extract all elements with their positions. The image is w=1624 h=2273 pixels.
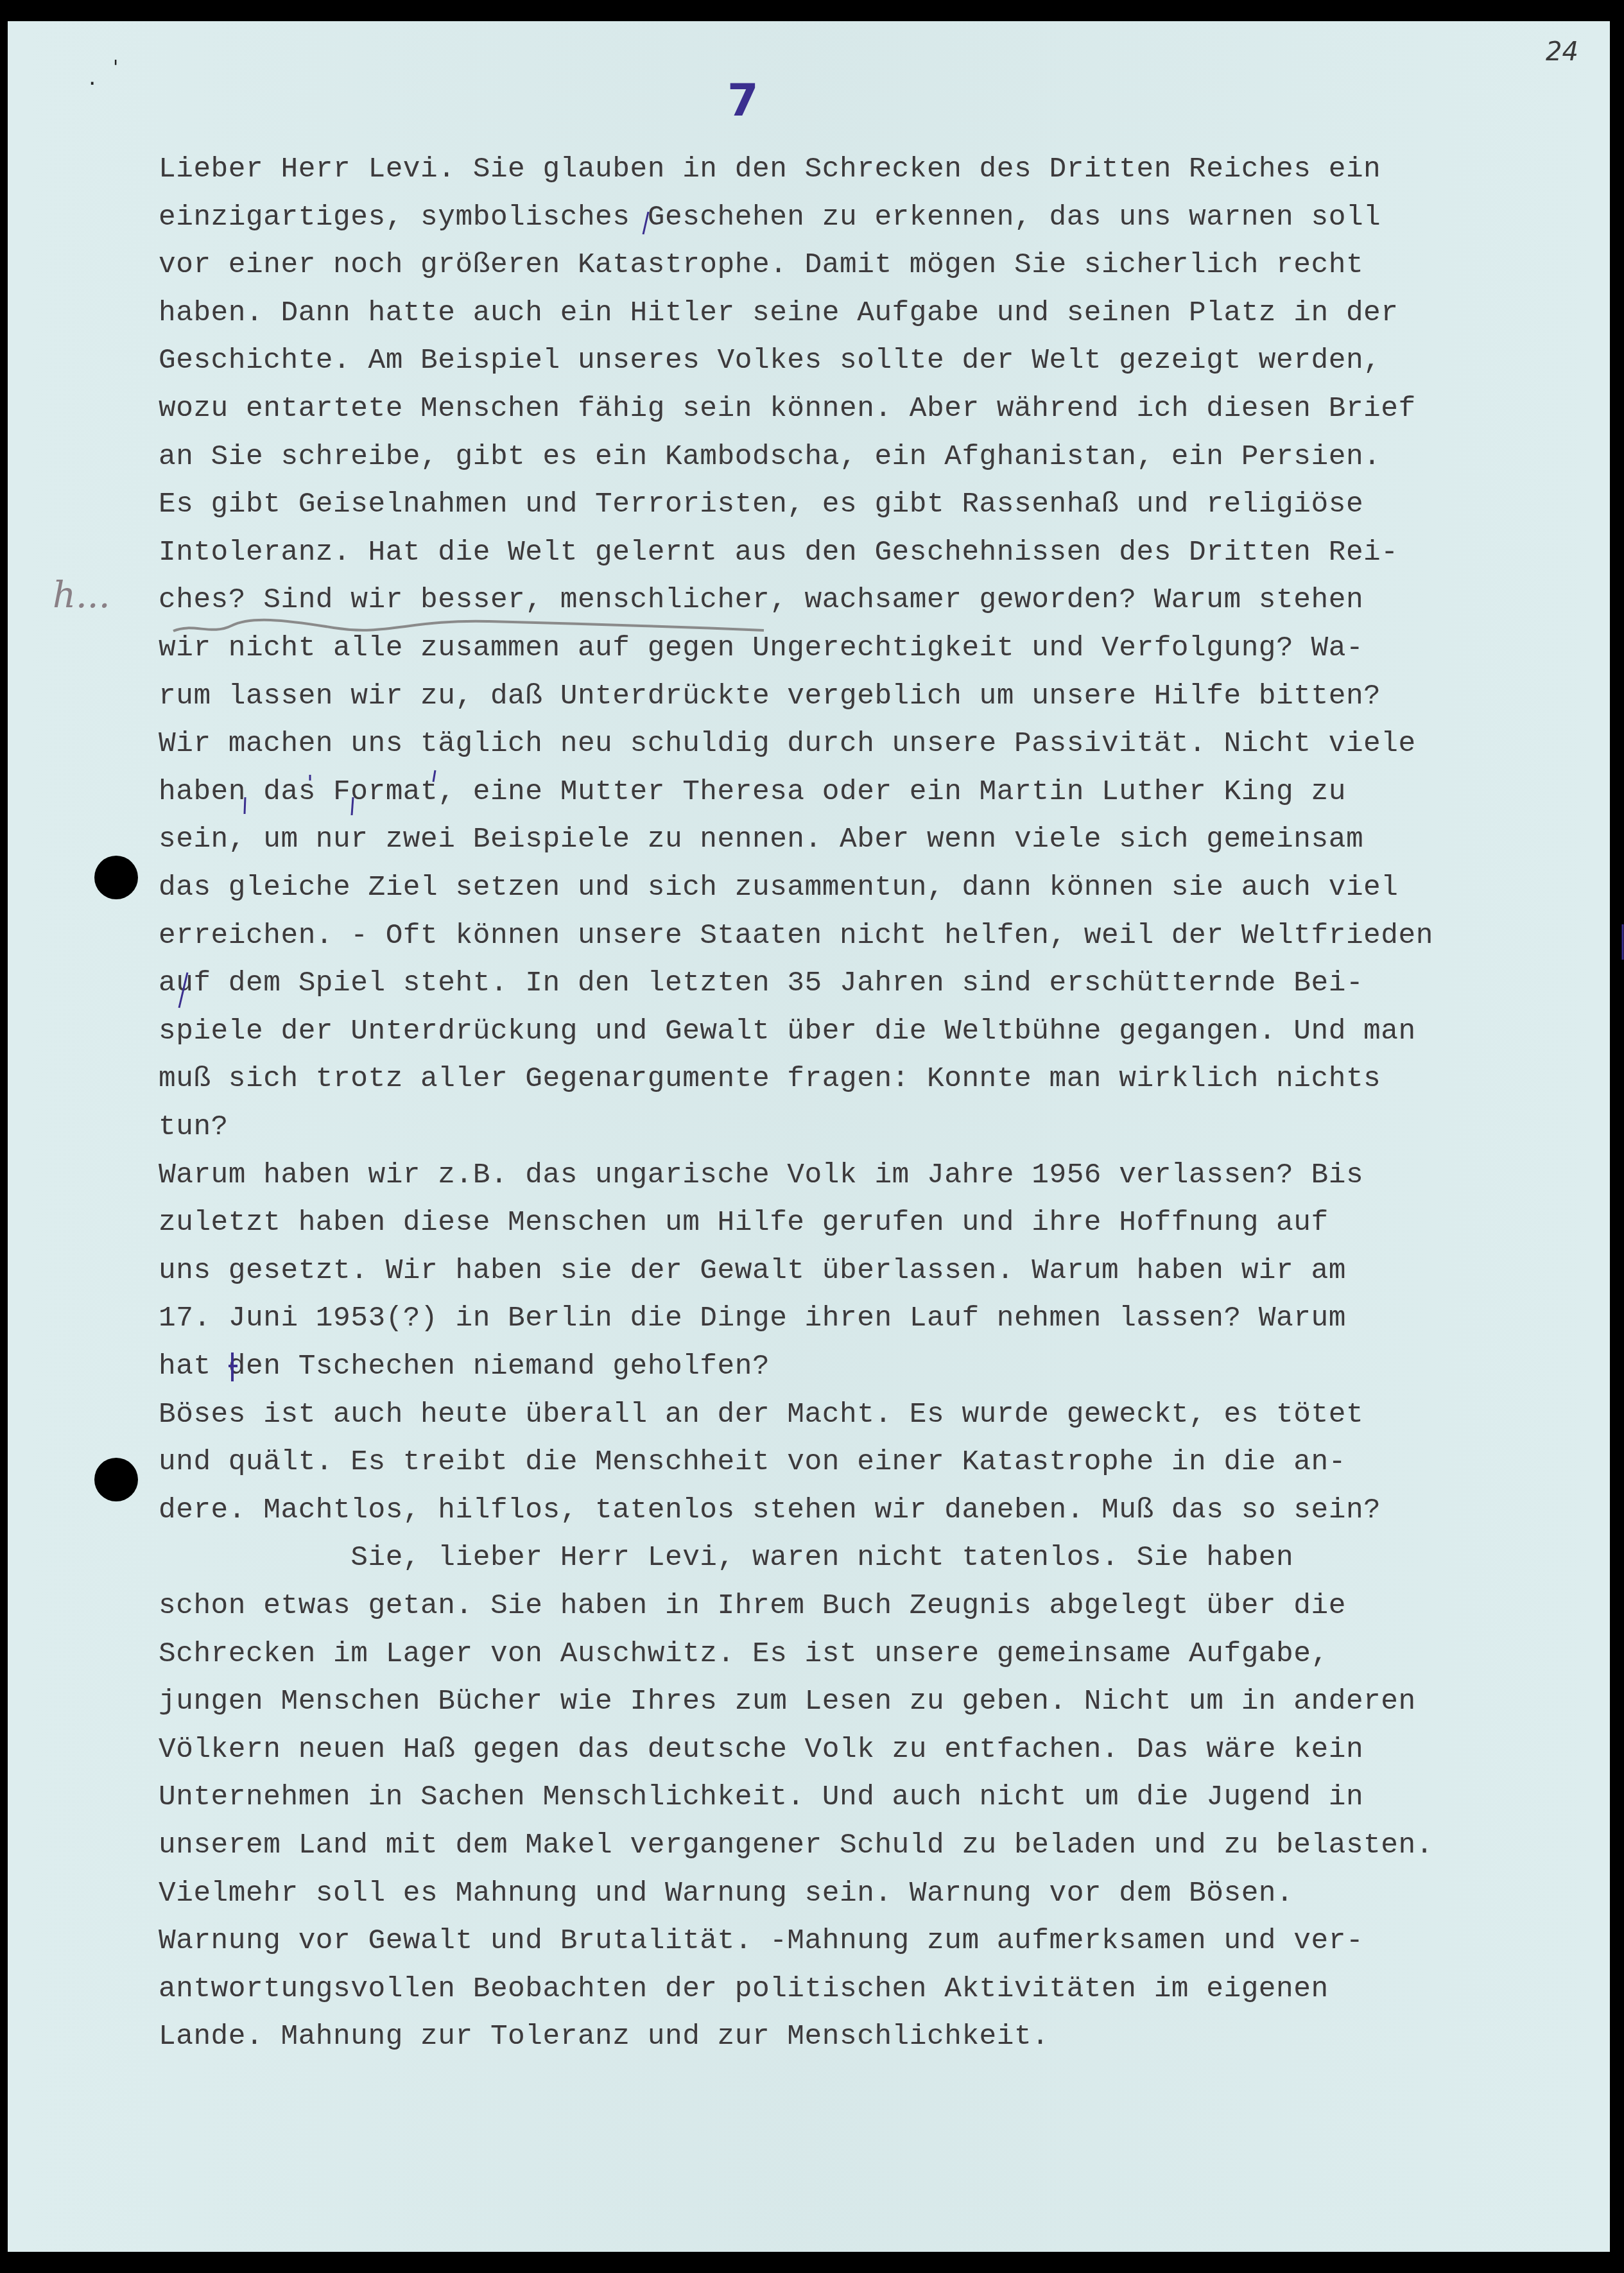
text-line: rum lassen wir zu, daß Unterdrückte verg… (159, 682, 1381, 711)
text-line: Böses ist auch heute überall an der Mach… (159, 1401, 1363, 1430)
text-line: Warum haben wir z.B. das ungarische Volk… (159, 1161, 1363, 1190)
punch-hole-lower (94, 1458, 138, 1501)
page-number: 24 (1546, 37, 1578, 67)
text-line: spiele der Unterdrückung und Gewalt über… (159, 1017, 1416, 1046)
scan-speck: . (89, 64, 96, 91)
text-line: einzigartiges, symbolisches Geschehen zu… (159, 203, 1381, 232)
text-line: auf dem Spiel steht. In den letzten 35 J… (159, 969, 1363, 998)
text-line: dere. Machtlos, hilflos, tatenlos stehen… (159, 1496, 1381, 1525)
punch-hole-upper (94, 856, 138, 899)
text-line: haben. Dann hatte auch ein Hitler seine … (159, 299, 1399, 328)
margin-note: h... (53, 575, 110, 616)
text-line: muß sich trotz aller Gegenargumente frag… (159, 1065, 1381, 1094)
text-line: Es gibt Geiselnahmen und Terroristen, es… (159, 490, 1363, 519)
text-line: schon etwas getan. Sie haben in Ihrem Bu… (159, 1592, 1346, 1621)
text-line: das gleiche Ziel setzen und sich zusamme… (159, 874, 1399, 903)
text-line: Geschichte. Am Beispiel unseres Volkes s… (159, 347, 1381, 376)
text-line: und quält. Es treibt die Menschheit von … (159, 1448, 1346, 1477)
text-line: Sie, lieber Herr Levi, waren nicht taten… (159, 1544, 1293, 1573)
text-line: sein, um nur zwei Beispiele zu nennen. A… (159, 825, 1363, 854)
text-line: jungen Menschen Bücher wie Ihres zum Les… (159, 1688, 1416, 1716)
text-line: Vielmehr soll es Mahnung und Warnung sei… (159, 1880, 1293, 1908)
text-line: 17. Juni 1953(?) in Berlin die Dinge ihr… (159, 1304, 1346, 1333)
text-line: wir nicht alle zusammen auf gegen Ungere… (159, 634, 1363, 663)
section-mark: 7 (727, 74, 759, 126)
text-line: unserem Land mit dem Makel vergangener S… (159, 1831, 1433, 1860)
text-line: vor einer noch größeren Katastrophe. Dam… (159, 251, 1363, 280)
text-line: Warnung vor Gewalt und Brutalität. -Mahn… (159, 1927, 1363, 1956)
text-line: Lande. Mahnung zur Toleranz und zur Mens… (159, 2023, 1049, 2052)
text-line: tun? (159, 1113, 229, 1142)
text-line: Wir machen uns täglich neu schuldig durc… (159, 730, 1416, 759)
text-line: Intoleranz. Hat die Welt gelernt aus den… (159, 539, 1399, 567)
text-line: zuletzt haben diese Menschen um Hilfe ge… (159, 1209, 1329, 1238)
text-line: wozu entartete Menschen fähig sein könne… (159, 395, 1416, 424)
text-line: Unternehmen in Sachen Menschlichkeit. Un… (159, 1783, 1363, 1812)
text-line: Lieber Herr Levi. Sie glauben in den Sch… (159, 155, 1381, 184)
text-line: hat den Tschechen niemand geholfen? (159, 1353, 770, 1381)
text-line: ches? Sind wir besser, menschlicher, wac… (159, 586, 1363, 615)
text-line: Völkern neuen Haß gegen das deutsche Vol… (159, 1736, 1363, 1765)
scan-speck: ' (113, 56, 118, 79)
text-line: an Sie schreibe, gibt es ein Kambodscha,… (159, 443, 1381, 472)
text-line: uns gesetzt. Wir haben sie der Gewalt üb… (159, 1257, 1346, 1286)
text-line: haben das Format, eine Mutter Theresa od… (159, 778, 1346, 807)
text-line: antwortungsvollen Beobachten der politis… (159, 1975, 1329, 2004)
text-line: erreichen. - Oft können unsere Staaten n… (159, 922, 1433, 951)
text-line: Schrecken im Lager von Auschwitz. Es ist… (159, 1640, 1329, 1669)
